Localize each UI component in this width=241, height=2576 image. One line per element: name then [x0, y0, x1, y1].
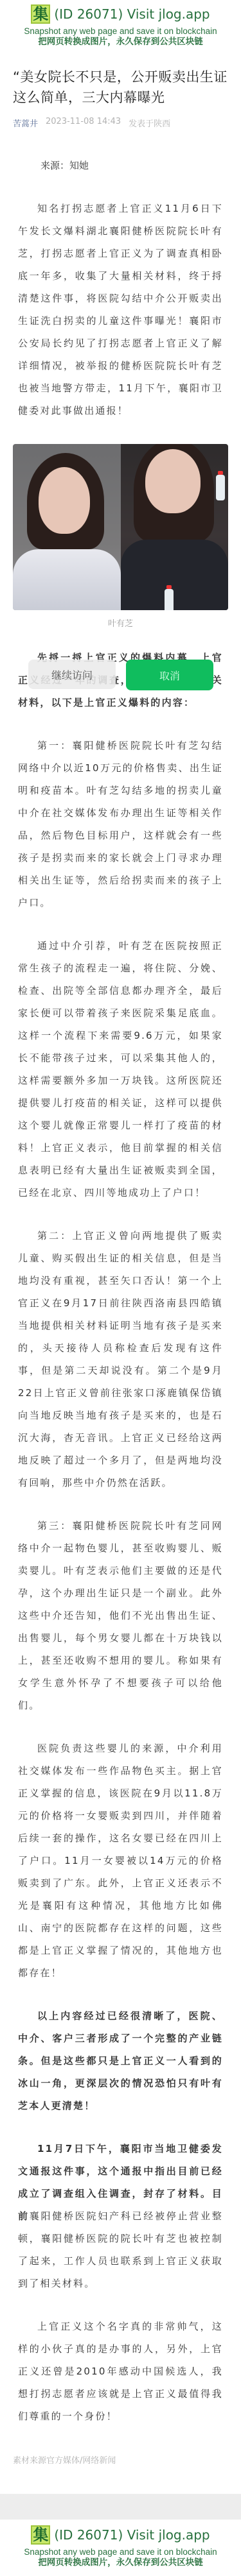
paragraph-process: 通过中介引荐，叶有芝在医院按照正常生孩子的流程走一遍，将住院、分娩、检查、出院等… — [13, 935, 228, 1204]
author-link[interactable]: 苦蒿井 — [13, 117, 38, 129]
photo-caption: 叶有芝 — [13, 617, 228, 629]
cancel-button[interactable]: 取消 — [126, 660, 213, 690]
photo-right-dark-suit — [121, 444, 229, 610]
banner-title[interactable]: (ID 26071) Visit jlog.app — [54, 6, 210, 22]
paragraph-summary: 以上内容经过已经很清晰了，医院、中介、客户三者形成了一个完整的产业链条。但是这些… — [13, 2005, 228, 2117]
paragraph-point-one: 第一：襄阳健桥医院院长叶有芝勾结网络中介以近10万元的价格售卖、出生证明和疫苗本… — [13, 735, 228, 914]
source-line: 来源：知她 — [13, 158, 228, 172]
article-photo[interactable] — [13, 444, 228, 610]
banner-subtitle-zh: 把网页转换成图片，永久保存到公共区块链 — [0, 37, 241, 47]
page-bottom-divider — [0, 2494, 241, 2520]
article-meta: 苦蒿井 2023-11-08 14:43 发表于陕西 — [13, 117, 228, 129]
paragraph-official-notice: 11月7日下午，襄阳市当地卫健委发文通报这件事，这个通报中指出目前已经成立了调查… — [13, 2138, 228, 2295]
photo-left-white-coat — [13, 444, 121, 610]
paragraph-baby-sales: 医院负责这些婴儿的来源，中介利用社交媒体发布一些作品物色买主。据上官正义掌握的信… — [13, 1737, 228, 1984]
banner-title-row: 集 (ID 26071) Visit jlog.app — [0, 4, 241, 24]
banner-title[interactable]: (ID 26071) Visit jlog.app — [54, 2527, 210, 2543]
paragraph-closing: 上官正义这个名字真的非常帅气，这样的小伙子真的是办事的人，另外，上官正义还曾是2… — [13, 2316, 228, 2428]
article: “美女院长不只是，公开贩卖出生证这么简单，三大内幕曝光 苦蒿井 2023-11-… — [0, 51, 241, 2466]
article-figure: 叶有芝 — [13, 444, 228, 629]
jlog-logo-icon: 集 — [31, 4, 50, 24]
continue-visit-button[interactable]: 继续访问 — [28, 660, 116, 689]
publish-datetime: 2023-11-08 14:43 — [46, 117, 121, 129]
paragraph-point-two: 第二：上官正义曾向两地提供了贩卖儿童、购买假出生证的相关信息，但是当地均没有重视… — [13, 1225, 228, 1494]
material-source-note: 素材来源官方媒体/网络新闻 — [13, 2453, 228, 2466]
jlog-logo-icon: 集 — [31, 2525, 50, 2545]
banner-subtitle-en: Snapshot any web page and save it on blo… — [0, 26, 241, 37]
publish-location: 发表于陕西 — [129, 117, 170, 129]
banner-subtitle-zh: 把网页转换成图片，永久保存到公共区块链 — [0, 2557, 241, 2568]
jlog-banner-top: 集 (ID 26071) Visit jlog.app Snapshot any… — [0, 0, 241, 51]
leave-page-dialog-buttons: 继续访问 取消 — [28, 660, 214, 690]
banner-subtitle-en: Snapshot any web page and save it on blo… — [0, 2547, 241, 2557]
banner-title-row: 集 (ID 26071) Visit jlog.app — [0, 2525, 241, 2545]
article-title: “美女院长不只是，公开贩卖出生证这么简单，三大内幕曝光 — [13, 51, 228, 108]
paragraph-intro: 知名打拐志愿者上官正义11月6日下午发长文爆料湖北襄阳健桥医院院长叶有芝，打拐志… — [13, 198, 228, 422]
paragraph-point-three: 第三：襄阳健桥医院院长叶有芝同网络中介一起物色婴儿，甚至收购婴儿、贩卖婴儿。叶有… — [13, 1515, 228, 1717]
jlog-banner-bottom: 集 (ID 26071) Visit jlog.app Snapshot any… — [0, 2520, 241, 2576]
notice-rest-text: 襄阳健桥医院妇产科已经被停止营业整顿，襄阳健桥医院的院长叶有芝也被控制了起来，工… — [18, 2210, 223, 2289]
